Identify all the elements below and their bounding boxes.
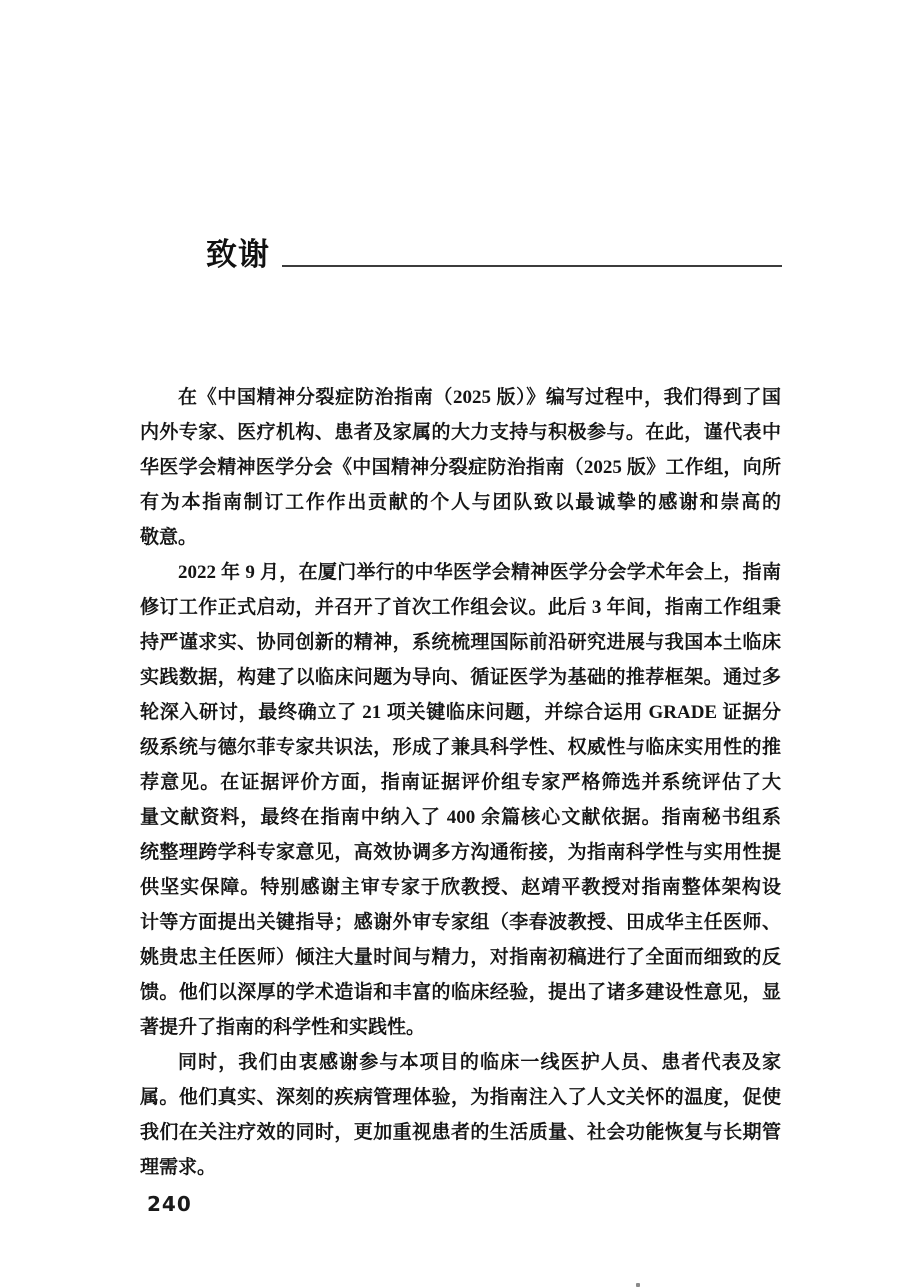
scan-artifact — [636, 1283, 640, 1287]
text-line: 量文献资料，最终在指南中纳入了 400 余篇核心文献依据。指南秘书组系 — [140, 800, 781, 835]
page-number: 240 — [147, 1192, 192, 1216]
text-line: 在《中国精神分裂症防治指南（2025 版）》编写过程中，我们得到了国 — [140, 380, 781, 415]
title-rule — [282, 265, 782, 267]
text-line: 华医学会精神医学分会《中国精神分裂症防治指南（2025 版》工作组，向所 — [140, 450, 781, 485]
text-line: 属。他们真实、深刻的疾病管理体验，为指南注入了人文关怀的温度，促使 — [140, 1080, 781, 1115]
body-text: 在《中国精神分裂症防治指南（2025 版）》编写过程中，我们得到了国内外专家、医… — [140, 380, 781, 1185]
text-line: 修订工作正式启动，并召开了首次工作组会议。此后 3 年间，指南工作组秉 — [140, 590, 781, 625]
text-line: 馈。他们以深厚的学术造诣和丰富的临床经验，提出了诸多建设性意见，显 — [140, 975, 781, 1010]
paragraph-patients-and-staff: 同时，我们由衷感谢参与本项目的临床一线医护人员、患者代表及家属。他们真实、深刻的… — [140, 1045, 781, 1185]
text-line: 供坚实保障。特别感谢主审专家于欣教授、赵靖平教授对指南整体架构设 — [140, 870, 781, 905]
text-line: 著提升了指南的科学性和实践性。 — [140, 1010, 781, 1045]
text-line: 我们在关注疗效的同时，更加重视患者的生活质量、社会功能恢复与长期管 — [140, 1115, 781, 1150]
chapter-title: 致谢 — [206, 238, 270, 272]
text-line: 荐意见。在证据评价方面，指南证据评价组专家严格筛选并系统评估了大 — [140, 765, 781, 800]
text-line: 计等方面提出关键指导；感谢外审专家组（李春波教授、田成华主任医师、 — [140, 905, 781, 940]
text-line: 2022 年 9 月，在厦门举行的中华医学会精神医学分会学术年会上，指南 — [140, 555, 781, 590]
text-line: 轮深入研讨，最终确立了 21 项关键临床问题，并综合运用 GRADE 证据分 — [140, 695, 781, 730]
text-line: 级系统与德尔菲专家共识法，形成了兼具科学性、权威性与临床实用性的推 — [140, 730, 781, 765]
paragraph-acknowledgment-intro: 在《中国精神分裂症防治指南（2025 版）》编写过程中，我们得到了国内外专家、医… — [140, 380, 781, 555]
chapter-header: 致谢 — [140, 238, 782, 272]
text-line: 有为本指南制订工作作出贡献的个人与团队致以最诚挚的感谢和崇高的 — [140, 485, 781, 520]
paragraph-process-and-experts: 2022 年 9 月，在厦门举行的中华医学会精神医学分会学术年会上，指南修订工作… — [140, 555, 781, 1045]
text-line: 姚贵忠主任医师）倾注大量时间与精力，对指南初稿进行了全面而细致的反 — [140, 940, 781, 975]
text-line: 敬意。 — [140, 520, 781, 555]
text-line: 理需求。 — [140, 1150, 781, 1185]
text-line: 内外专家、医疗机构、患者及家属的大力支持与积极参与。在此，谨代表中 — [140, 415, 781, 450]
text-line: 同时，我们由衷感谢参与本项目的临床一线医护人员、患者代表及家 — [140, 1045, 781, 1080]
text-line: 实践数据，构建了以临床问题为导向、循证医学为基础的推荐框架。通过多 — [140, 660, 781, 695]
text-line: 统整理跨学科专家意见，高效协调多方沟通衔接，为指南科学性与实用性提 — [140, 835, 781, 870]
document-page: 致谢 在《中国精神分裂症防治指南（2025 版）》编写过程中，我们得到了国内外专… — [0, 0, 910, 1288]
text-line: 持严谨求实、协同创新的精神，系统梳理国际前沿研究进展与我国本土临床 — [140, 625, 781, 660]
